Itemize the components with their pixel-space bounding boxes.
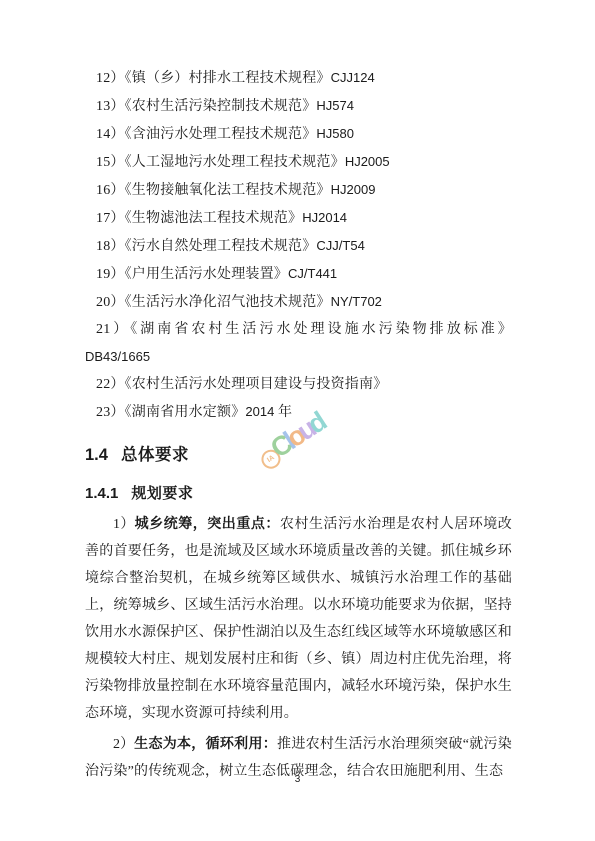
reference-title: 《生活污水净化沼气池技术规范》 [125, 295, 331, 310]
reference-number: 12） [96, 71, 125, 86]
reference-number: 21） [96, 322, 130, 337]
reference-title: 《污水自然处理工程技术规范》 [125, 239, 317, 254]
reference-item: 16）《生物接触氧化法工程技术规范》HJ2009 [85, 176, 512, 204]
reference-code: HJ2005 [345, 154, 390, 169]
reference-title: 《生物接触氧化法工程技术规范》 [125, 183, 331, 198]
reference-title: 《户用生活污水处理装置》 [125, 267, 288, 282]
reference-number: 16） [96, 183, 125, 198]
reference-number: 15） [96, 155, 125, 170]
reference-code: CJJ/T54 [316, 238, 364, 253]
reference-code: CJJ124 [331, 70, 375, 85]
reference-number: 17） [96, 211, 125, 226]
reference-number: 23） [96, 405, 125, 420]
paragraph-number: 2） [113, 737, 134, 752]
reference-code: NY/T702 [331, 294, 382, 309]
reference-item: 21）《湖南省农村生活污水处理设施水污染物排放标准》DB43/1665 [85, 316, 512, 371]
reference-item: 22）《农村生活污水处理项目建设与投资指南》 [85, 371, 512, 398]
subsection-number: 1.4.1 [85, 485, 118, 502]
reference-number: 22） [96, 377, 125, 392]
subsection-heading-planning-requirements: 1.4.1规划要求 [85, 480, 512, 507]
reference-title: 《人工湿地污水处理工程技术规范》 [125, 155, 345, 170]
reference-title: 《湖南省用水定额》 [125, 405, 246, 420]
reference-title: 《含油污水处理工程技术规范》 [125, 127, 317, 142]
document-page: 12）《镇（乡）村排水工程技术规程》CJJ124 13）《农村生活污染控制技术规… [0, 0, 595, 841]
reference-code: HJ574 [316, 98, 354, 113]
reference-number: 20） [96, 295, 125, 310]
reference-title: 《农村生活污水处理项目建设与投资指南》 [125, 377, 388, 392]
reference-title: 《生物滤池法工程技术规范》 [125, 211, 303, 226]
paragraph-lead: 城乡统筹，突出重点： [135, 515, 280, 531]
reference-code: HJ2014 [302, 210, 347, 225]
reference-item: 13）《农村生活污染控制技术规范》HJ574 [85, 92, 512, 120]
paragraph-body: 农村生活污水治理是农村人居环境改善的首要任务，也是流域及区域水环境质量改善的关键… [85, 517, 512, 721]
reference-item: 17）《生物滤池法工程技术规范》HJ2014 [85, 204, 512, 232]
reference-title: 《农村生活污染控制技术规范》 [125, 99, 317, 114]
reference-item: 12）《镇（乡）村排水工程技术规程》CJJ124 [85, 64, 512, 92]
paragraph-lead: 生态为本，循环利用： [134, 735, 277, 751]
reference-item: 20）《生活污水净化沼气池技术规范》NY/T702 [85, 288, 512, 316]
page-number: 3 [0, 773, 595, 787]
reference-item: 15）《人工湿地污水处理工程技术规范》HJ2005 [85, 148, 512, 176]
reference-number: 14） [96, 127, 125, 142]
reference-title: 《湖南省农村生活污水处理设施水污染物排放标准》 [130, 322, 512, 337]
reference-number: 19） [96, 267, 125, 282]
section-heading-overall-requirements: 1.4总体要求 [85, 442, 512, 469]
subsection-title: 规划要求 [131, 485, 193, 502]
reference-item: 19）《户用生活污水处理装置》CJ/T441 [85, 260, 512, 288]
reference-number: 18） [96, 239, 125, 254]
reference-tail: 年 [274, 405, 292, 420]
paragraph-urban-rural-coordination: 1）城乡统筹，突出重点：农村生活污水治理是农村人居环境改善的首要任务，也是流域及… [85, 510, 512, 727]
reference-title: 《镇（乡）村排水工程技术规程》 [125, 71, 331, 86]
reference-code: DB43/1665 [85, 343, 512, 370]
reference-item: 14）《含油污水处理工程技术规范》HJ580 [85, 120, 512, 148]
reference-code: HJ580 [316, 126, 354, 141]
paragraph-number: 1） [113, 517, 135, 532]
page-content: 12）《镇（乡）村排水工程技术规程》CJJ124 13）《农村生活污染控制技术规… [85, 64, 512, 785]
reference-item: 23）《湖南省用水定额》2014 年 [85, 398, 512, 426]
reference-item: 18）《污水自然处理工程技术规范》CJJ/T54 [85, 232, 512, 260]
reference-code: CJ/T441 [288, 266, 337, 281]
section-number: 1.4 [85, 446, 108, 464]
reference-number: 13） [96, 99, 125, 114]
reference-code: 2014 [245, 404, 274, 419]
reference-code: HJ2009 [331, 182, 376, 197]
section-title: 总体要求 [121, 446, 189, 464]
